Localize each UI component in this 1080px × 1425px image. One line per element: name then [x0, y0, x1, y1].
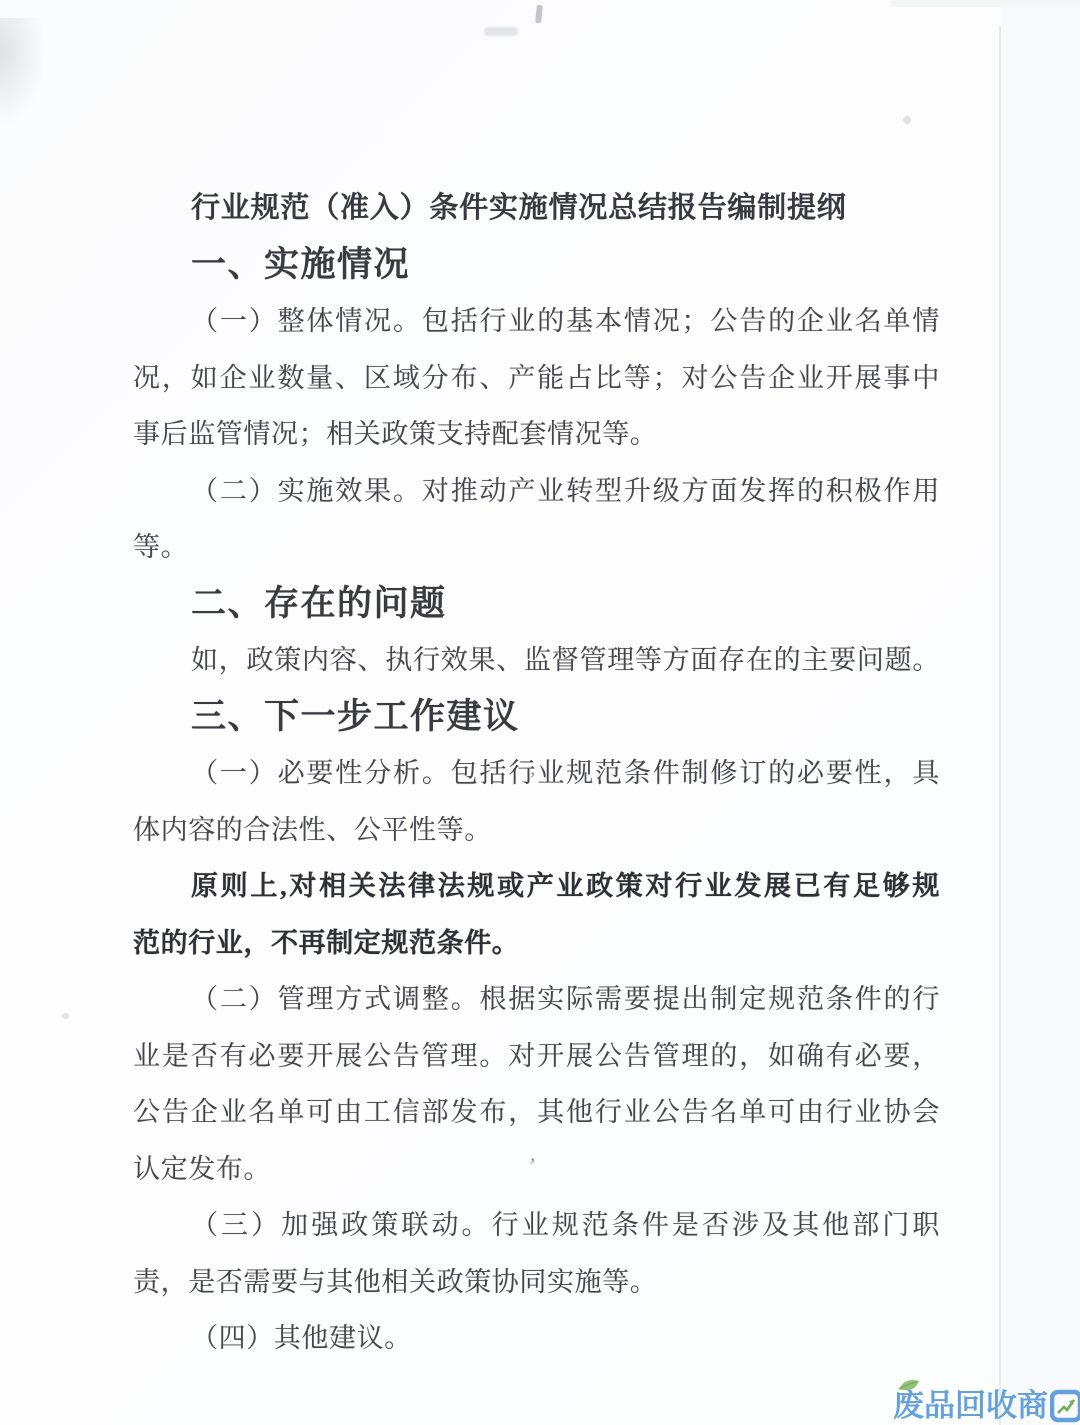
paragraph-line: 等。	[133, 519, 940, 576]
paragraph-line: 如，政策内容、执行效果、监督管理等方面存在的主要问题。	[133, 632, 940, 689]
paragraph-line: （三）加强政策联动。行业规范条件是否涉及其他部门职	[133, 1197, 940, 1254]
section-heading-1: 一、实施情况	[133, 237, 940, 294]
document-body: 行业规范（准入）条件实施情况总结报告编制提纲 一、实施情况 （一）整体情况。包括…	[133, 180, 940, 1367]
paragraph-line: 认定发布。	[133, 1141, 940, 1198]
paragraph-line: 公告企业名单可由工信部发布，其他行业公告名单可由行业协会	[133, 1084, 940, 1141]
site-watermark: 废品回收商	[893, 1389, 1080, 1425]
paragraph-line: 事后监管情况；相关政策支持配套情况等。	[133, 406, 940, 463]
paragraph-line: 体内容的合法性、公平性等。	[133, 802, 940, 859]
scan-right-margin	[1001, 0, 1080, 1425]
section-heading-3: 三、下一步工作建议	[133, 689, 940, 746]
paragraph-line-bold: 范的行业，不再制定规范条件。	[133, 915, 940, 972]
scan-top-strip	[890, 0, 1080, 7]
paragraph-line: （二）实施效果。对推动产业转型升级方面发挥的积极作用	[133, 463, 940, 520]
scanned-document-page: ’ ’ 行业规范（准入）条件实施情况总结报告编制提纲 一、实施情况 （一）整体情…	[0, 0, 1080, 1425]
leaf-icon	[895, 1375, 927, 1402]
paragraph-line-bold: 原则上,对相关法律法规或产业政策对行业发展已有足够规	[133, 858, 940, 915]
scan-dot	[62, 1013, 69, 1019]
paragraph-line: （四）其他建议。	[133, 1310, 940, 1367]
paragraph-line: 况，如企业数量、区域分布、产能占比等；对公告企业开展事中	[133, 350, 940, 407]
section-heading-2: 二、存在的问题	[133, 576, 940, 633]
scan-corner-shade	[0, 18, 46, 128]
page-edge-line	[999, 26, 1001, 1425]
paragraph-line: （一）整体情况。包括行业的基本情况；公告的企业名单情	[133, 293, 940, 350]
scan-smudge	[484, 27, 518, 36]
chart-up-icon	[1050, 1389, 1080, 1425]
paragraph-line: （一）必要性分析。包括行业规范条件制修订的必要性，具	[133, 745, 940, 802]
paragraph-line: （二）管理方式调整。根据实际需要提出制定规范条件的行	[133, 971, 940, 1028]
doc-title: 行业规范（准入）条件实施情况总结报告编制提纲	[133, 180, 940, 237]
scan-speck	[535, 5, 543, 24]
paragraph-line: 责，是否需要与其他相关政策协同实施等。	[133, 1254, 940, 1311]
paragraph-line: 业是否有必要开展公告管理。对开展公告管理的，如确有必要，	[133, 1028, 940, 1085]
scan-dot	[903, 116, 911, 124]
